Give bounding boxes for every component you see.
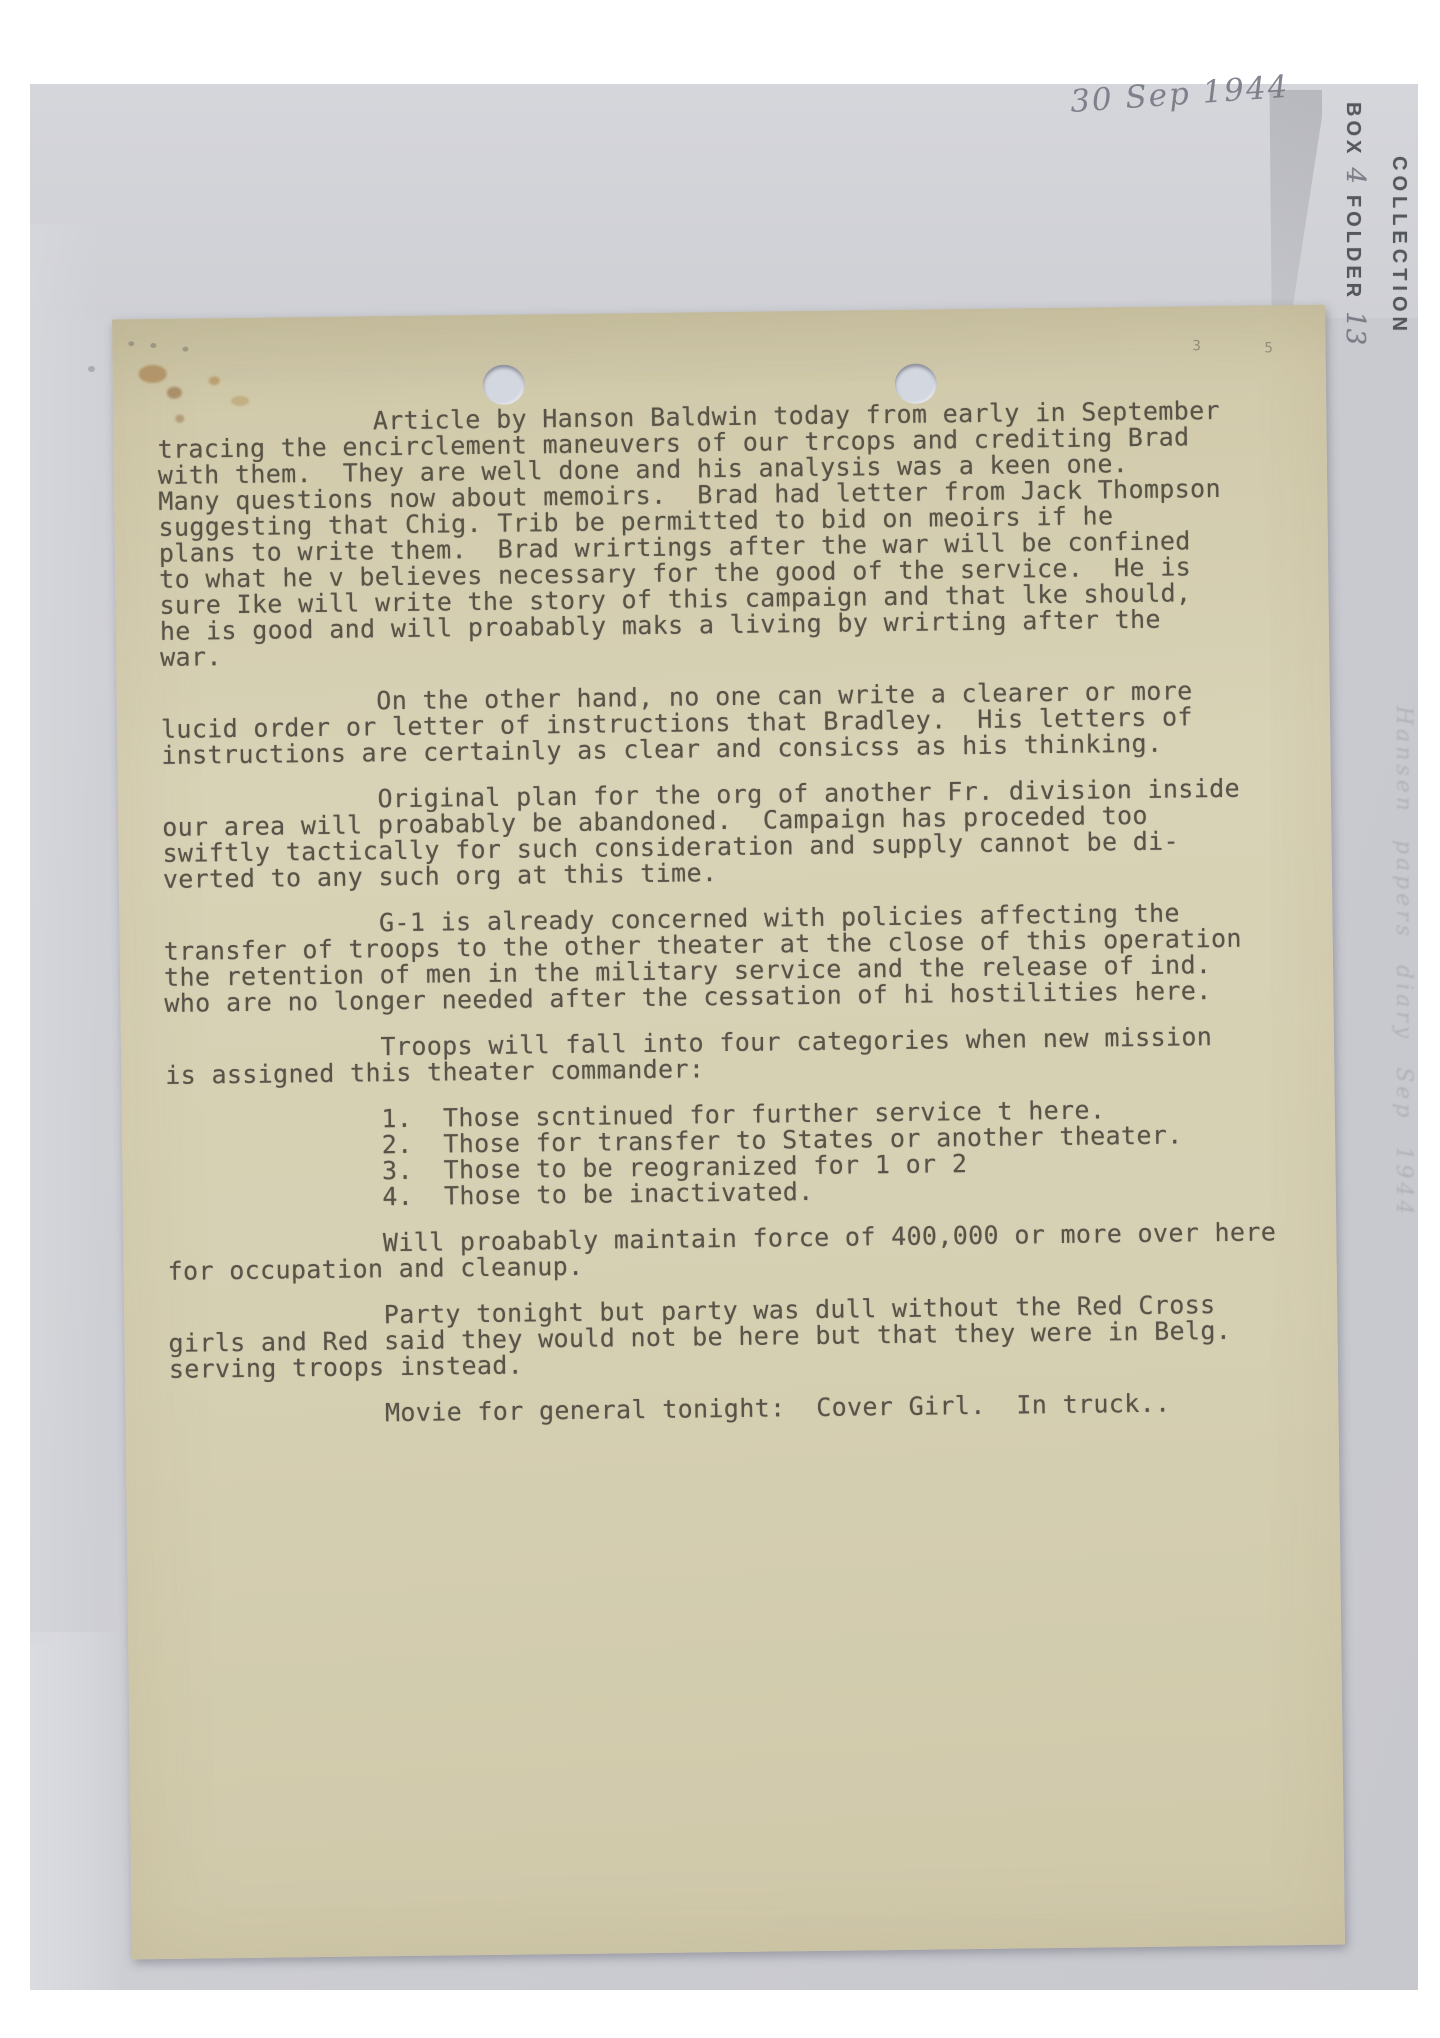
- top-backing-sheet: [30, 84, 1418, 318]
- typed-page: 3 5 Article by Hanson Baldwin today from…: [112, 305, 1345, 1960]
- paragraph: Original plan for the org of another Fr.…: [162, 775, 1303, 893]
- typed-line: Movie for general tonight: Cover Girl. I…: [169, 1389, 1309, 1429]
- paragraph: 1. Those scntinued for further service t…: [166, 1095, 1307, 1213]
- stain-blot: [139, 365, 167, 383]
- scanned-document-photo: 30 Sep 1944 COLLECTION BOX4FOLDER13 Hans…: [0, 0, 1440, 2038]
- bottom-left-sheet-edge: [30, 1632, 124, 1990]
- archive-stamp-box-folder: BOX4FOLDER13: [1340, 102, 1370, 356]
- small-dot-mark: [88, 366, 95, 372]
- tiny-pencil-mark: 5: [1264, 340, 1273, 356]
- paragraph: Party tonight but party was dull without…: [168, 1291, 1309, 1383]
- paragraph: Will proabably maintain force of 400,000…: [167, 1219, 1308, 1285]
- tiny-pencil-mark: 3: [1192, 338, 1201, 354]
- punch-hole: [483, 364, 525, 405]
- paragraph: Troops will fall into four categories wh…: [165, 1023, 1306, 1089]
- stain-blot: [167, 387, 182, 399]
- paragraph: Movie for general tonight: Cover Girl. I…: [169, 1389, 1309, 1429]
- pencil-specks: [128, 341, 134, 346]
- box-number-handwritten: 4: [1340, 157, 1370, 195]
- paragraph: Article by Hanson Baldwin today from ear…: [157, 397, 1300, 671]
- archive-stamp-collection: COLLECTION: [1387, 156, 1410, 336]
- stamp-box-label: BOX: [1342, 102, 1364, 157]
- left-sheet-edge: [30, 224, 100, 1644]
- folder-number-handwritten: 13: [1340, 301, 1370, 356]
- paragraph: G-1 is already concerned with policies a…: [163, 899, 1304, 1017]
- typed-text: Article by Hanson Baldwin today from ear…: [157, 397, 1310, 1449]
- stain-blot: [231, 396, 249, 406]
- stamp-folder-label: FOLDER: [1342, 195, 1364, 301]
- punch-hole: [895, 363, 937, 404]
- stain-blot: [209, 376, 220, 385]
- paragraph: On the other hand, no one can write a cl…: [161, 677, 1302, 769]
- faint-side-handwriting: Hansen papers diary Sep 1944: [1391, 706, 1416, 1218]
